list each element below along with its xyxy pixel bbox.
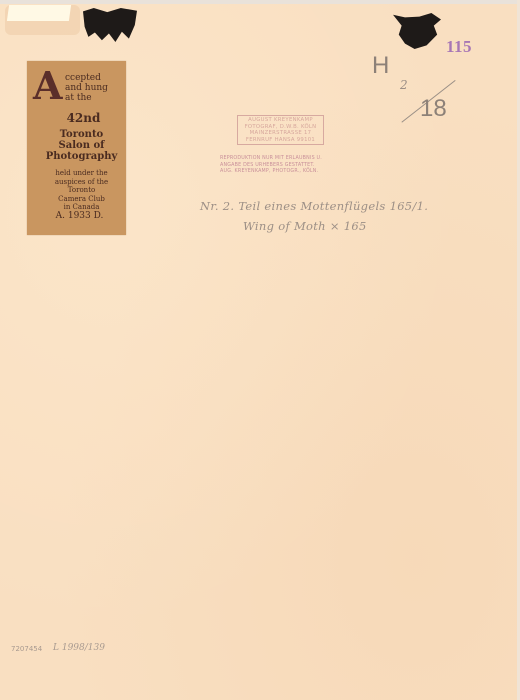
reproduction-notice: REPRODUKTION NUR MIT ERLAUBNIS U. ANGABE… [220,156,360,176]
adhesive-residue-left [83,8,137,42]
label-auspices-line-1: held under the [37,169,126,178]
label-year: A. 1933 D. [27,211,126,221]
label-initial: A [33,67,62,105]
adhesive-residue-right [393,13,441,49]
label-auspices: held under the auspices of the Toronto C… [27,169,126,212]
label-title: Toronto Salon of Photography [27,129,126,162]
label-line-3: at the [65,93,108,103]
corner-mark-top: H [372,52,389,80]
photographer-stamp: AUGUST KREYENKAMP FOTOGRAF, D.W.B. KÖLN … [237,115,324,145]
photo-mount-back: A ccepted and hung at the 42nd Toronto S… [0,0,520,700]
stamp-line-1: AUGUST KREYENKAMP [238,117,323,124]
corner-mark-bottom: 18 [420,95,447,123]
tape-remnant [7,5,71,21]
caption-english: Wing of Moth × 165 [243,219,367,233]
label-edition: 42nd [27,111,126,125]
repro-line-1: REPRODUKTION NUR MIT ERLAUBNIS U. [220,156,360,163]
stamp-line-2: FOTOGRAF, D.W.B. KÖLN [238,124,323,131]
top-edge [0,0,520,4]
stamp-line-3: MAINZERSTRASSE 17 [238,130,323,137]
label-accepted-lines: ccepted and hung at the [65,73,108,103]
accession-number: L 1998/139 [53,643,105,653]
corner-mark-sub: 2 [400,78,408,92]
stamp-line-4: FERNRUF HANSA 99101 [238,137,323,144]
repro-line-3: AUG. KREYENKAMP, PHOTOGR., KÖLN. [220,169,360,176]
label-title-line-3: Photography [37,151,126,162]
exhibition-label: A ccepted and hung at the 42nd Toronto S… [27,61,126,235]
label-line-1: ccepted [65,73,108,83]
label-auspices-line-2: auspices of the [37,178,126,187]
label-auspices-line-4: Camera Club [37,195,126,204]
caption-german: Nr. 2. Teil eines Mottenflügels 165/1. [200,199,428,213]
label-title-line-2: Salon of [37,140,126,151]
stamp-number: 115 [446,37,472,57]
label-auspices-line-3: Toronto [37,186,126,195]
label-line-2: and hung [65,83,108,93]
inventory-number: 7207454 [11,645,42,653]
label-title-line-1: Toronto [37,129,126,140]
